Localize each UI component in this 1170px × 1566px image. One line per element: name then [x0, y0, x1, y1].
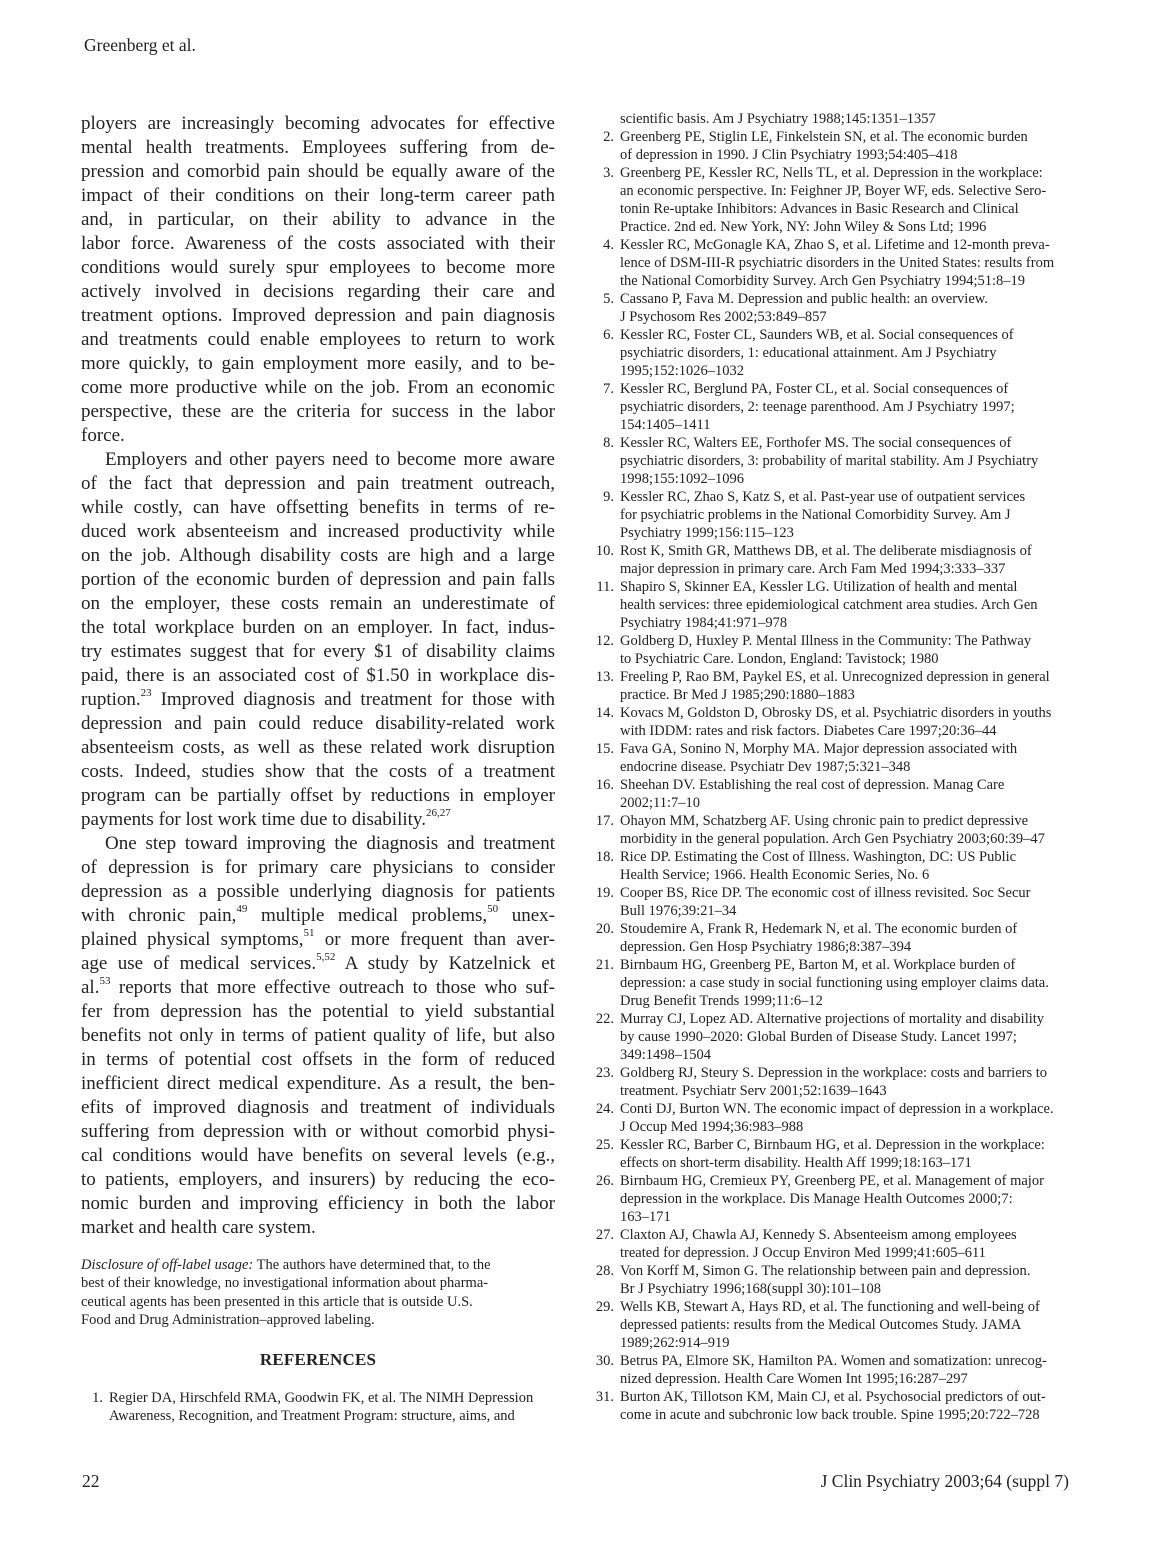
reference-line: psychiatric disorders, 3: probability of… — [620, 452, 1072, 470]
body-line: program can be partially offset by reduc… — [81, 784, 555, 808]
reference-item: 29.Wells KB, Stewart A, Hays RD, et al. … — [592, 1298, 1072, 1352]
reference-item: 24.Conti DJ, Burton WN. The economic imp… — [592, 1100, 1072, 1136]
reference-item: scientific basis. Am J Psychiatry 1988;1… — [592, 110, 1072, 128]
body-line: and treatments could enable employees to… — [81, 328, 555, 352]
reference-list-left: 1.Regier DA, Hirschfeld RMA, Goodwin FK,… — [81, 1389, 561, 1425]
reference-number: 21. — [592, 956, 614, 974]
reference-number: 10. — [592, 542, 614, 560]
body-line: more quickly, to gain employment more ea… — [81, 352, 555, 376]
reference-number: 27. — [592, 1226, 614, 1244]
body-line: inefficient direct medical expenditure. … — [81, 1072, 555, 1096]
body-line: treatment options. Improved depression a… — [81, 304, 555, 328]
references-heading: REFERENCES — [81, 1350, 555, 1370]
reference-line: 1998;155:1092–1096 — [620, 470, 1072, 488]
body-line: in terms of potential cost offsets in th… — [81, 1048, 555, 1072]
reference-line: depression in the workplace. Dis Manage … — [620, 1190, 1072, 1208]
page-number: 22 — [82, 1471, 100, 1492]
reference-line: Kessler RC, McGonagle KA, Zhao S, et al.… — [620, 236, 1072, 254]
reference-item: 16.Sheehan DV. Establishing the real cos… — [592, 776, 1072, 812]
body-line: to patients, employers, and insurers) by… — [81, 1168, 555, 1192]
body-line: paid, there is an associated cost of $1.… — [81, 664, 555, 688]
reference-number: 23. — [592, 1064, 614, 1082]
reference-line: Von Korff M, Simon G. The relationship b… — [620, 1262, 1072, 1280]
body-line: actively involved in decisions regarding… — [81, 280, 555, 304]
reference-number: 17. — [592, 812, 614, 830]
reference-item: 19.Cooper BS, Rice DP. The economic cost… — [592, 884, 1072, 920]
reference-number: 2. — [592, 128, 614, 146]
body-line: market and health care system. — [81, 1216, 555, 1240]
reference-line: Kovacs M, Goldston D, Obrosky DS, et al.… — [620, 704, 1072, 722]
reference-line: Conti DJ, Burton WN. The economic impact… — [620, 1100, 1072, 1118]
reference-line: by cause 1990–2020: Global Burden of Dis… — [620, 1028, 1072, 1046]
body-line: age use of medical services.5,52 A study… — [81, 952, 555, 976]
reference-line: lence of DSM-III-R psychiatric disorders… — [620, 254, 1072, 272]
reference-line: J Occup Med 1994;36:983–988 — [620, 1118, 1072, 1136]
reference-line: 154:1405–1411 — [620, 416, 1072, 434]
reference-item: 23.Goldberg RJ, Steury S. Depression in … — [592, 1064, 1072, 1100]
citation-superscript: 26,27 — [426, 807, 451, 819]
reference-item: 13.Freeling P, Rao BM, Paykel ES, et al.… — [592, 668, 1072, 704]
reference-line: Bull 1976;39:21–34 — [620, 902, 1072, 920]
reference-line: Kessler RC, Foster CL, Saunders WB, et a… — [620, 326, 1072, 344]
reference-item: 28.Von Korff M, Simon G. The relationshi… — [592, 1262, 1072, 1298]
reference-number: 12. — [592, 632, 614, 650]
reference-line: Kessler RC, Walters EE, Forthofer MS. Th… — [620, 434, 1072, 452]
reference-line: Br J Psychiatry 1996;168(suppl 30):101–1… — [620, 1280, 1072, 1298]
body-line: ruption.23 Improved diagnosis and treatm… — [81, 688, 555, 712]
reference-line: Health Service; 1966. Health Economic Se… — [620, 866, 1072, 884]
body-line: with chronic pain,49 multiple medical pr… — [81, 904, 555, 928]
citation-superscript: 51 — [304, 927, 315, 939]
reference-item: 25.Kessler RC, Barber C, Birnbaum HG, et… — [592, 1136, 1072, 1172]
reference-line: depressed patients: results from the Med… — [620, 1316, 1072, 1334]
reference-line: depression. Gen Hosp Psychiatry 1986;8:3… — [620, 938, 1072, 956]
reference-line: Freeling P, Rao BM, Paykel ES, et al. Un… — [620, 668, 1072, 686]
citation-superscript: 5,52 — [316, 951, 335, 963]
reference-item: 30.Betrus PA, Elmore SK, Hamilton PA. Wo… — [592, 1352, 1072, 1388]
reference-item: 12.Goldberg D, Huxley P. Mental Illness … — [592, 632, 1072, 668]
reference-number: 22. — [592, 1010, 614, 1028]
reference-number: 3. — [592, 164, 614, 182]
body-line: fer from depression has the potential to… — [81, 1000, 555, 1024]
body-line: labor force. Awareness of the costs asso… — [81, 232, 555, 256]
body-line: of the fact that depression and pain tre… — [81, 472, 555, 496]
reference-line: Kessler RC, Zhao S, Katz S, et al. Past-… — [620, 488, 1072, 506]
body-line: on the job. Although disability costs ar… — [81, 544, 555, 568]
reference-number: 4. — [592, 236, 614, 254]
body-line: on the employer, these costs remain an u… — [81, 592, 555, 616]
reference-line: of depression in 1990. J Clin Psychiatry… — [620, 146, 1072, 164]
reference-item: 31.Burton AK, Tillotson KM, Main CJ, et … — [592, 1388, 1072, 1424]
reference-item: 17.Ohayon MM, Schatzberg AF. Using chron… — [592, 812, 1072, 848]
body-line: al.53 reports that more effective outrea… — [81, 976, 555, 1000]
body-line: benefits not only in terms of patient qu… — [81, 1024, 555, 1048]
reference-number: 8. — [592, 434, 614, 452]
reference-line: 349:1498–1504 — [620, 1046, 1072, 1064]
body-line: efits of improved diagnosis and treatmen… — [81, 1096, 555, 1120]
reference-line: Fava GA, Sonino N, Morphy MA. Major depr… — [620, 740, 1072, 758]
body-line: depression and pain could reduce disabil… — [81, 712, 555, 736]
reference-line: psychiatric disorders, 2: teenage parent… — [620, 398, 1072, 416]
reference-number: 16. — [592, 776, 614, 794]
disclosure-line: best of their knowledge, no investigatio… — [81, 1274, 555, 1292]
body-paragraph: Employers and other payers need to becom… — [81, 448, 555, 832]
reference-number: 5. — [592, 290, 614, 308]
reference-line: endocrine disease. Psychiatr Dev 1987;5:… — [620, 758, 1072, 776]
reference-line: practice. Br Med J 1985;290:1880–1883 — [620, 686, 1072, 704]
off-label-disclosure: Disclosure of off-label usage: The autho… — [81, 1256, 555, 1329]
reference-line: Psychiatry 1999;156:115–123 — [620, 524, 1072, 542]
reference-item: 27.Claxton AJ, Chawla AJ, Kennedy S. Abs… — [592, 1226, 1072, 1262]
reference-number: 7. — [592, 380, 614, 398]
reference-number: 13. — [592, 668, 614, 686]
reference-line: treatment. Psychiatr Serv 2001;52:1639–1… — [620, 1082, 1072, 1100]
running-head: Greenberg et al. — [84, 35, 196, 56]
reference-number: 28. — [592, 1262, 614, 1280]
body-line: ployers are increasingly becoming advoca… — [81, 112, 555, 136]
reference-number: 26. — [592, 1172, 614, 1190]
reference-line: Rost K, Smith GR, Matthews DB, et al. Th… — [620, 542, 1072, 560]
disclosure-line: ceutical agents has been presented in th… — [81, 1293, 555, 1311]
reference-line: Greenberg PE, Kessler RC, Nells TL, et a… — [620, 164, 1072, 182]
reference-line: treated for depression. J Occup Environ … — [620, 1244, 1072, 1262]
reference-line: Goldberg RJ, Steury S. Depression in the… — [620, 1064, 1072, 1082]
body-line: mental health treatments. Employees suff… — [81, 136, 555, 160]
reference-item: 10.Rost K, Smith GR, Matthews DB, et al.… — [592, 542, 1072, 578]
body-line: cal conditions would have benefits on se… — [81, 1144, 555, 1168]
reference-number: 18. — [592, 848, 614, 866]
body-line: plained physical symptoms,51 or more fre… — [81, 928, 555, 952]
body-line: perspective, these are the criteria for … — [81, 400, 555, 424]
reference-item: 2.Greenberg PE, Stiglin LE, Finkelstein … — [592, 128, 1072, 164]
reference-item: 26.Birnbaum HG, Cremieux PY, Greenberg P… — [592, 1172, 1072, 1226]
body-line: come more productive while on the job. F… — [81, 376, 555, 400]
reference-line: Drug Benefit Trends 1999;11:6–12 — [620, 992, 1072, 1010]
reference-line: Kessler RC, Barber C, Birnbaum HG, et al… — [620, 1136, 1072, 1154]
body-line: payments for lost work time due to disab… — [81, 808, 555, 832]
body-line: try estimates suggest that for every $1 … — [81, 640, 555, 664]
body-line: One step toward improving the diagnosis … — [81, 832, 555, 856]
citation-superscript: 53 — [99, 975, 110, 987]
reference-item: 1.Regier DA, Hirschfeld RMA, Goodwin FK,… — [81, 1389, 561, 1425]
reference-line: to Psychiatric Care. London, England: Ta… — [620, 650, 1072, 668]
reference-number: 15. — [592, 740, 614, 758]
reference-line: morbidity in the general population. Arc… — [620, 830, 1072, 848]
reference-line: Greenberg PE, Stiglin LE, Finkelstein SN… — [620, 128, 1072, 146]
reference-line: come in acute and subchronic low back tr… — [620, 1406, 1072, 1424]
reference-line: Stoudemire A, Frank R, Hedemark N, et al… — [620, 920, 1072, 938]
citation-superscript: 50 — [487, 903, 498, 915]
body-line: impact of their conditions on their long… — [81, 184, 555, 208]
reference-item: 18.Rice DP. Estimating the Cost of Illne… — [592, 848, 1072, 884]
reference-line: Cooper BS, Rice DP. The economic cost of… — [620, 884, 1072, 902]
citation-superscript: 23 — [141, 687, 152, 699]
body-line: the total workplace burden on an employe… — [81, 616, 555, 640]
reference-line: Psychiatry 1984;41:971–978 — [620, 614, 1072, 632]
body-text-column: ployers are increasingly becoming advoca… — [81, 112, 555, 1240]
reference-line: Shapiro S, Skinner EA, Kessler LG. Utili… — [620, 578, 1072, 596]
body-line: depression as a possible underlying diag… — [81, 880, 555, 904]
reference-line: the National Comorbidity Survey. Arch Ge… — [620, 272, 1072, 290]
reference-line: Betrus PA, Elmore SK, Hamilton PA. Women… — [620, 1352, 1072, 1370]
body-paragraph: ployers are increasingly becoming advoca… — [81, 112, 555, 448]
reference-number: 14. — [592, 704, 614, 722]
disclosure-line: Food and Drug Administration–approved la… — [81, 1311, 555, 1329]
reference-line: Awareness, Recognition, and Treatment Pr… — [109, 1407, 561, 1425]
body-line: Employers and other payers need to becom… — [81, 448, 555, 472]
reference-line: Practice. 2nd ed. New York, NY: John Wil… — [620, 218, 1072, 236]
reference-number: 25. — [592, 1136, 614, 1154]
reference-item: 21.Birnbaum HG, Greenberg PE, Barton M, … — [592, 956, 1072, 1010]
body-line: suffering from depression with or withou… — [81, 1120, 555, 1144]
reference-item: 14.Kovacs M, Goldston D, Obrosky DS, et … — [592, 704, 1072, 740]
reference-line: nized depression. Health Care Women Int … — [620, 1370, 1072, 1388]
reference-line: psychiatric disorders, 1: educational at… — [620, 344, 1072, 362]
reference-item: 20.Stoudemire A, Frank R, Hedemark N, et… — [592, 920, 1072, 956]
reference-line: Cassano P, Fava M. Depression and public… — [620, 290, 1072, 308]
body-line: absenteeism costs, as well as these rela… — [81, 736, 555, 760]
journal-citation: J Clin Psychiatry 2003;64 (suppl 7) — [821, 1471, 1069, 1492]
reference-line: with IDDM: rates and risk factors. Diabe… — [620, 722, 1072, 740]
reference-line: tonin Re-uptake Inhibitors: Advances in … — [620, 200, 1072, 218]
reference-number: 29. — [592, 1298, 614, 1316]
reference-line: 1995;152:1026–1032 — [620, 362, 1072, 380]
reference-number: 1. — [81, 1389, 103, 1407]
reference-line: 2002;11:7–10 — [620, 794, 1072, 812]
reference-line: effects on short-term disability. Health… — [620, 1154, 1072, 1172]
reference-line: J Psychosom Res 2002;53:849–857 — [620, 308, 1072, 326]
reference-line: Birnbaum HG, Greenberg PE, Barton M, et … — [620, 956, 1072, 974]
reference-line: an economic perspective. In: Feighner JP… — [620, 182, 1072, 200]
body-line: duced work absenteeism and increased pro… — [81, 520, 555, 544]
reference-item: 4.Kessler RC, McGonagle KA, Zhao S, et a… — [592, 236, 1072, 290]
reference-item: 3.Greenberg PE, Kessler RC, Nells TL, et… — [592, 164, 1072, 236]
reference-line: Sheehan DV. Establishing the real cost o… — [620, 776, 1072, 794]
reference-number: 11. — [592, 578, 614, 596]
reference-line: Murray CJ, Lopez AD. Alternative project… — [620, 1010, 1072, 1028]
reference-number: 9. — [592, 488, 614, 506]
citation-superscript: 49 — [236, 903, 247, 915]
reference-item: 11.Shapiro S, Skinner EA, Kessler LG. Ut… — [592, 578, 1072, 632]
reference-line: scientific basis. Am J Psychiatry 1988;1… — [620, 110, 1072, 128]
reference-item: 6.Kessler RC, Foster CL, Saunders WB, et… — [592, 326, 1072, 380]
reference-line: Wells KB, Stewart A, Hays RD, et al. The… — [620, 1298, 1072, 1316]
reference-list-right: scientific basis. Am J Psychiatry 1988;1… — [592, 110, 1072, 1424]
reference-item: 22.Murray CJ, Lopez AD. Alternative proj… — [592, 1010, 1072, 1064]
reference-number: 24. — [592, 1100, 614, 1118]
reference-number: 20. — [592, 920, 614, 938]
reference-line: Claxton AJ, Chawla AJ, Kennedy S. Absent… — [620, 1226, 1072, 1244]
reference-line: Ohayon MM, Schatzberg AF. Using chronic … — [620, 812, 1072, 830]
reference-item: 5.Cassano P, Fava M. Depression and publ… — [592, 290, 1072, 326]
reference-item: 8.Kessler RC, Walters EE, Forthofer MS. … — [592, 434, 1072, 488]
disclosure-line: Disclosure of off-label usage: The autho… — [81, 1256, 555, 1274]
reference-line: Rice DP. Estimating the Cost of Illness.… — [620, 848, 1072, 866]
reference-number: 6. — [592, 326, 614, 344]
reference-line: depression: a case study in social funct… — [620, 974, 1072, 992]
reference-item: 15.Fava GA, Sonino N, Morphy MA. Major d… — [592, 740, 1072, 776]
reference-line: Goldberg D, Huxley P. Mental Illness in … — [620, 632, 1072, 650]
body-line: pression and comorbid pain should be equ… — [81, 160, 555, 184]
reference-line: health services: three epidemiological c… — [620, 596, 1072, 614]
body-line: conditions would surely spur employees t… — [81, 256, 555, 280]
reference-line: Birnbaum HG, Cremieux PY, Greenberg PE, … — [620, 1172, 1072, 1190]
body-line: portion of the economic burden of depres… — [81, 568, 555, 592]
reference-number: 19. — [592, 884, 614, 902]
reference-item: 9.Kessler RC, Zhao S, Katz S, et al. Pas… — [592, 488, 1072, 542]
reference-line: Regier DA, Hirschfeld RMA, Goodwin FK, e… — [109, 1389, 561, 1407]
reference-item: 7.Kessler RC, Berglund PA, Foster CL, et… — [592, 380, 1072, 434]
reference-line: Kessler RC, Berglund PA, Foster CL, et a… — [620, 380, 1072, 398]
reference-line: major depression in primary care. Arch F… — [620, 560, 1072, 578]
disclosure-label: Disclosure of off-label usage: — [81, 1257, 253, 1273]
reference-number: 30. — [592, 1352, 614, 1370]
body-line: of depression is for primary care physic… — [81, 856, 555, 880]
reference-line: 163–171 — [620, 1208, 1072, 1226]
body-line: nomic burden and improving efficiency in… — [81, 1192, 555, 1216]
reference-number: 31. — [592, 1388, 614, 1406]
reference-line: 1989;262:914–919 — [620, 1334, 1072, 1352]
body-line: and, in particular, on their ability to … — [81, 208, 555, 232]
body-line: force. — [81, 424, 555, 448]
reference-line: Burton AK, Tillotson KM, Main CJ, et al.… — [620, 1388, 1072, 1406]
body-paragraph: One step toward improving the diagnosis … — [81, 832, 555, 1240]
body-line: while costly, can have offsetting benefi… — [81, 496, 555, 520]
body-line: costs. Indeed, studies show that the cos… — [81, 760, 555, 784]
reference-line: for psychiatric problems in the National… — [620, 506, 1072, 524]
